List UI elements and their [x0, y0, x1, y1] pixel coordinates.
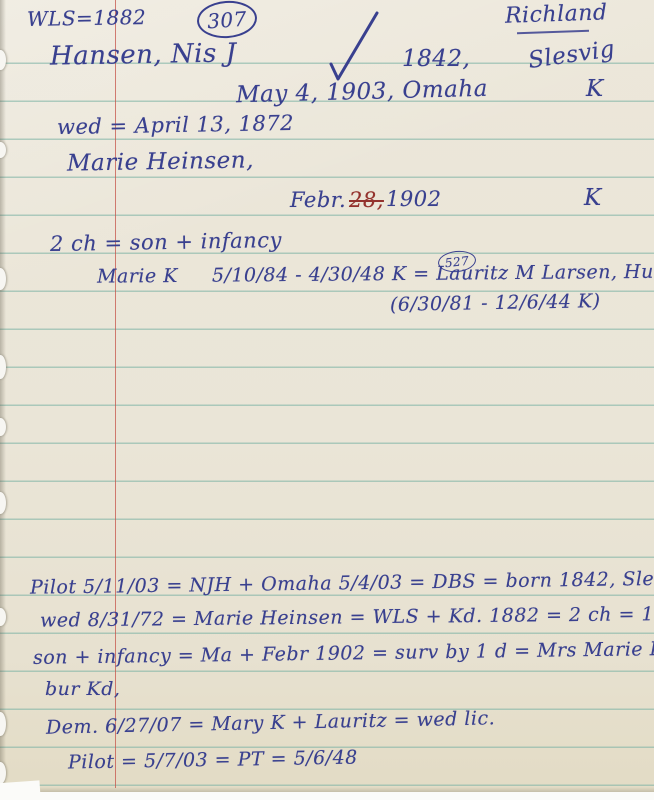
note-line: Pilot = 5/7/03 = PT = 5/6/48 [68, 746, 358, 773]
ledger-page: WLS=1882 307 Richland Hansen, Nis J 1842… [0, 0, 654, 800]
note-line: wed 8/31/72 = Marie Heinsen = WLS + Kd. … [40, 602, 654, 631]
spouse-death-year: 1902 [386, 187, 441, 211]
child-name: Marie K [97, 265, 178, 288]
page-number: 307 [206, 6, 247, 33]
note-line: bur Kd, [45, 678, 120, 700]
person-name: Hansen, Nis J [50, 38, 237, 71]
birth-place: Slesvig [527, 36, 617, 74]
spouse-death-mark: K [584, 185, 602, 211]
death-date-place: May 4, 1903, Omaha [236, 76, 488, 109]
spouse-death-day-struck: 28, [349, 188, 384, 212]
spouse-death-month: Febr. [290, 188, 346, 212]
children-summary: 2 ch = son + infancy [50, 228, 282, 256]
child-record-line: Marie K5/10/84 - 4/30/48 K = Lauritz M L… [97, 260, 654, 287]
note-line: Dem. 6/27/07 = Mary K + Lauritz = wed li… [46, 707, 496, 738]
place-underline [517, 30, 589, 35]
torn-left-edge [0, 0, 6, 800]
spouse-name: Marie Heinsen, [67, 147, 254, 176]
ruled-lines [0, 26, 654, 788]
wls-membership-note: WLS=1882 [27, 5, 147, 31]
page-number-circle: 307 [196, 0, 258, 40]
death-mark: K [586, 76, 604, 102]
scan-bottom-edge [0, 792, 654, 800]
note-line: Pilot 5/11/03 = NJH + Omaha 5/4/03 = DBS… [30, 567, 654, 598]
marriage-line: wed = April 13, 1872 [57, 111, 294, 139]
child-detail: 5/10/84 - 4/30/48 K = Lauritz M Larsen, … [212, 260, 654, 286]
birth-year: 1842, [402, 46, 470, 72]
child-spouse-dates: (6/30/81 - 12/6/44 K) [390, 290, 601, 316]
note-line: son + infancy = Ma + Febr 1902 = surv by… [33, 637, 654, 669]
checkmark-icon [327, 8, 383, 86]
place-name: Richland [505, 0, 608, 29]
